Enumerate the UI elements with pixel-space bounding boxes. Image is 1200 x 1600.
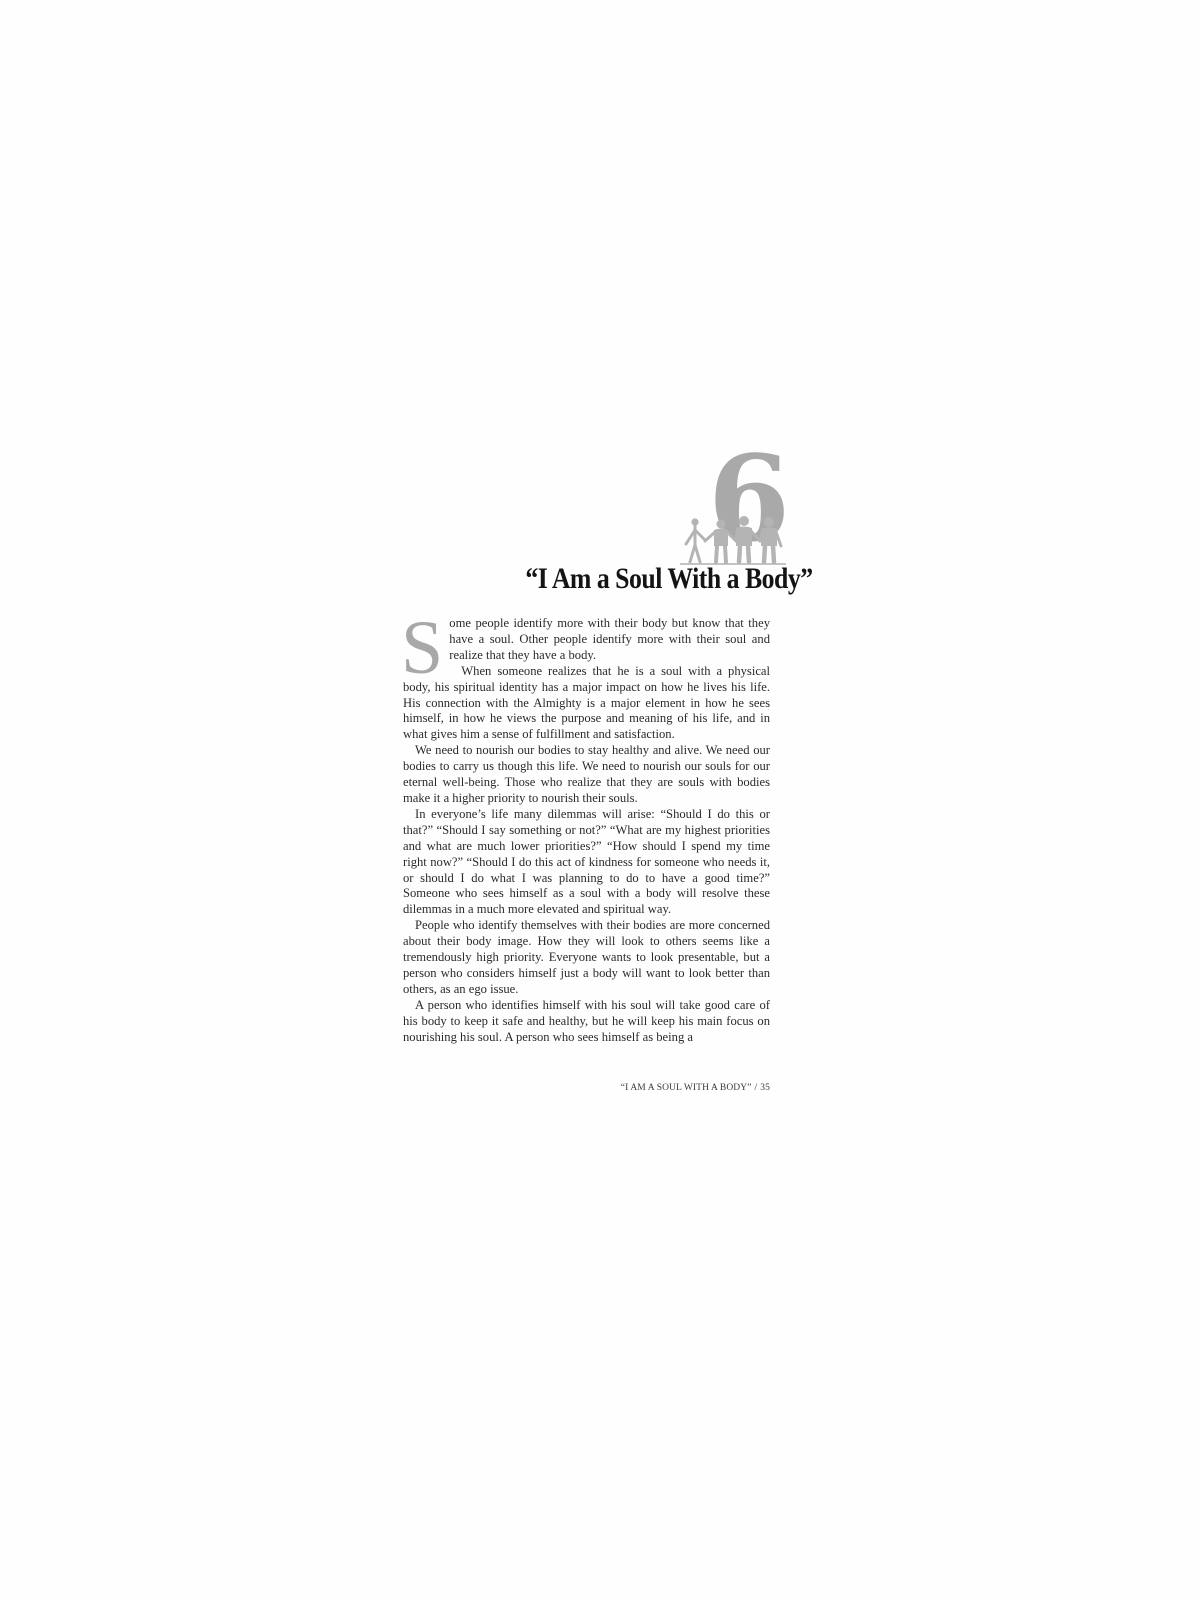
people-holding-hands-icon — [678, 508, 788, 566]
drop-cap: S — [401, 616, 443, 672]
chapter-body: Some people identify more with their bod… — [403, 616, 770, 1045]
book-page: 6 “I Am a Soul With a Body” Some — [0, 0, 1200, 1600]
paragraph-5: People who identify themselves with thei… — [403, 918, 770, 998]
page-number: 35 — [760, 1083, 770, 1093]
footer-separator: / — [755, 1083, 758, 1093]
paragraph-4: In everyone’s life many dilemmas will ar… — [403, 807, 770, 918]
paragraph-1-text: ome people identify more with their body… — [449, 616, 770, 662]
paragraph-1: Some people identify more with their bod… — [403, 616, 770, 664]
chapter-title: “I Am a Soul With a Body” — [525, 562, 792, 596]
running-title: “I AM A SOUL WITH A BODY” — [621, 1083, 752, 1093]
running-footer: “I AM A SOUL WITH A BODY”/35 — [560, 1083, 770, 1093]
paragraph-2: When someone realizes that he is a soul … — [403, 664, 770, 744]
paragraph-6: A person who identifies himself with his… — [403, 998, 770, 1046]
paragraph-3: We need to nourish our bodies to stay he… — [403, 743, 770, 807]
